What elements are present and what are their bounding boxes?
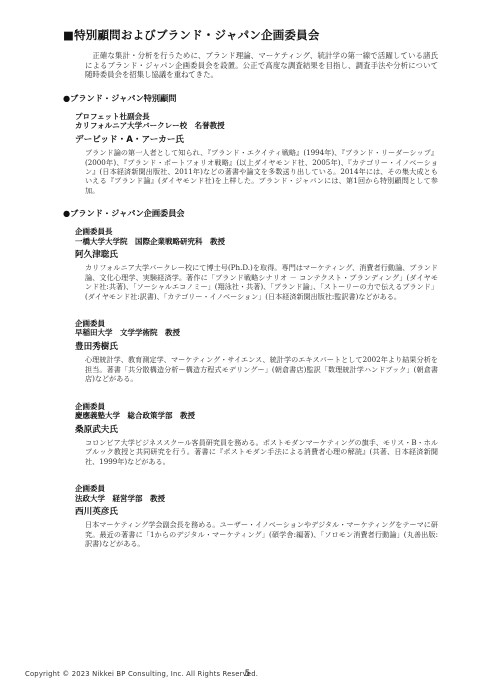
member-title-line: 法政大学 経営学部 教授: [75, 494, 438, 503]
member-titles: プロフェット社副会長 カリフォルニア大学バークレー校 名誉教授: [75, 112, 438, 131]
member-title-line: 企画委員長: [75, 227, 438, 236]
member-titles: 企画委員 慶應義塾大学 総合政策学部 教授: [75, 402, 438, 421]
section-special-advisor: ●ブランド・ジャパン特別顧問 プロフェット社副会長 カリフォルニア大学バークレー…: [63, 93, 438, 195]
document-page: ■特別顧問およびブランド・ジャパン企画委員会 正確な集計・分析を行うために、ブラ…: [0, 0, 495, 700]
member-bio: ブランド論の第一人者として知られ、『ブランド・エクイティ戦略』(1994年)、『…: [85, 148, 438, 195]
page-content: ■特別顧問およびブランド・ジャパン企画委員会 正確な集計・分析を行うために、ブラ…: [0, 0, 495, 549]
page-title: ■特別顧問およびブランド・ジャパン企画委員会: [63, 27, 438, 43]
member-bio: 日本マーケティング学会副会長を務める。ユーザー・イノベーションやデジタル・マーケ…: [85, 520, 438, 548]
member-title-line: 早稲田大学 文学学術院 教授: [75, 328, 438, 337]
intro-paragraph: 正確な集計・分析を行うために、ブランド理論、マーケティング、統計学の第一線で活躍…: [85, 51, 438, 80]
member-bio: コロンビア大学ビジネススクール客員研究員を務める。ポストモダンマーケティングの旗…: [85, 438, 438, 466]
member-title-line: 企画委員: [75, 402, 438, 411]
member-bio: カリフォルニア大学バークレー校にて博士号(Ph.D.)を取得。専門はマーケティン…: [85, 263, 438, 301]
section-heading-special-advisor: ●ブランド・ジャパン特別顧問: [63, 93, 438, 104]
member-name: 阿久津聡氏: [75, 248, 438, 260]
section-heading-planning-committee: ●ブランド・ジャパン企画委員会: [63, 208, 438, 219]
member-block-toyoda: 企画委員 早稲田大学 文学学術院 教授 豊田秀樹氏 心理統計学、教育測定学、マー…: [75, 319, 438, 384]
member-name: 西川英彦氏: [75, 505, 438, 517]
member-titles: 企画委員 早稲田大学 文学学術院 教授: [75, 319, 438, 338]
member-titles: 企画委員長 一橋大学大学院 国際企業戦略研究科 教授: [75, 227, 438, 246]
member-title-line: カリフォルニア大学バークレー校 名誉教授: [75, 121, 438, 130]
member-title-line: 企画委員: [75, 484, 438, 493]
member-titles: 企画委員 法政大学 経営学部 教授: [75, 484, 438, 503]
member-name: デービッド・A・アーカー氏: [75, 133, 438, 145]
member-bio: 心理統計学、教育測定学、マーケティング・サイエンス、統計学のエキスパートとして2…: [85, 355, 438, 383]
page-number: 5: [0, 669, 495, 679]
member-name: 豊田秀樹氏: [75, 340, 438, 352]
member-block-aaker: プロフェット社副会長 カリフォルニア大学バークレー校 名誉教授 デービッド・A・…: [75, 112, 438, 195]
member-name: 桑原武夫氏: [75, 423, 438, 435]
section-planning-committee: ●ブランド・ジャパン企画委員会 企画委員長 一橋大学大学院 国際企業戦略研究科 …: [63, 208, 438, 549]
member-block-akutsu: 企画委員長 一橋大学大学院 国際企業戦略研究科 教授 阿久津聡氏 カリフォルニア…: [75, 227, 438, 301]
member-title-line: プロフェット社副会長: [75, 112, 438, 121]
member-block-nishikawa: 企画委員 法政大学 経営学部 教授 西川英彦氏 日本マーケティング学会副会長を務…: [75, 484, 438, 549]
member-title-line: 一橋大学大学院 国際企業戦略研究科 教授: [75, 237, 438, 246]
member-title-line: 慶應義塾大学 総合政策学部 教授: [75, 411, 438, 420]
member-block-kuwahara: 企画委員 慶應義塾大学 総合政策学部 教授 桑原武夫氏 コロンビア大学ビジネスス…: [75, 402, 438, 467]
